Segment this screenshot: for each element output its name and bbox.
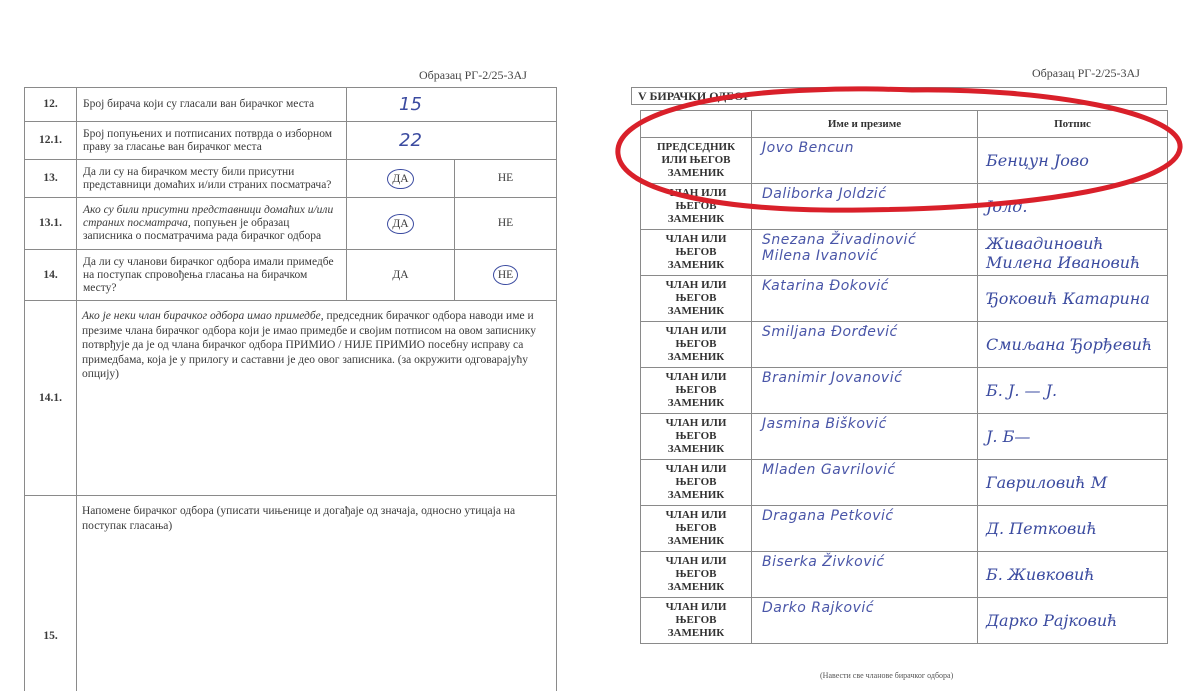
role-line: ЊЕГОВ (641, 476, 751, 489)
role-line: ЧЛАН ИЛИ (641, 509, 751, 522)
role-line: ЊЕГОВ (641, 200, 751, 213)
member-row: ЧЛАН ИЛИЊЕГОВЗАМЕНИКDragana PetkovićД. П… (641, 506, 1168, 552)
table-row: 13. Да ли су на бирачком месту били прис… (25, 160, 557, 198)
role-line: ЗАМЕНИК (641, 213, 751, 226)
table-row: 15. Напомене бирачког одбора (уписати чи… (25, 496, 557, 691)
member-name[interactable]: Biserka Živković (752, 552, 978, 598)
member-signature[interactable]: Ђоковић Катарина (978, 276, 1168, 322)
circled-answer: НЕ (493, 265, 518, 285)
role-line: ЧЛАН ИЛИ (641, 279, 751, 292)
role-line: ЧЛАН ИЛИ (641, 233, 751, 246)
option-yes[interactable]: ДА (347, 160, 455, 198)
handwritten-value[interactable]: 22 (347, 122, 557, 160)
circled-answer: ДА (387, 169, 413, 189)
role-column-header (641, 111, 752, 138)
member-role: ЧЛАН ИЛИЊЕГОВЗАМЕНИК (641, 322, 752, 368)
role-line: ЗАМЕНИК (641, 581, 751, 594)
row-number: 13.1. (25, 198, 77, 250)
member-row: ЧЛАН ИЛИЊЕГОВЗАМЕНИКBranimir JovanovićБ.… (641, 368, 1168, 414)
role-line: ЧЛАН ИЛИ (641, 463, 751, 476)
role-line: ЊЕГОВ (641, 338, 751, 351)
row-question: Број бирача који су гласали ван бирачког… (77, 88, 347, 122)
role-line: ЊЕГОВ (641, 568, 751, 581)
member-signature[interactable]: Бенцун Јово (978, 138, 1168, 184)
table-header-row: Име и презиме Потпис (641, 111, 1168, 138)
footnote: (Навести све чланове бирачког одбора) (820, 671, 953, 680)
signature-column-header: Потпис (978, 111, 1168, 138)
row-number: 12.1. (25, 122, 77, 160)
member-signature[interactable]: Ј. Б— (978, 414, 1168, 460)
role-line: ЊЕГОВ (641, 384, 751, 397)
role-line: ЗАМЕНИК (641, 443, 751, 456)
member-name[interactable]: Daliborka Joldzić (752, 184, 978, 230)
member-name[interactable]: Branimir Jovanović (752, 368, 978, 414)
row-question: Број попуњених и потписаних потврда о из… (77, 122, 347, 160)
member-row: ЧЛАН ИЛИЊЕГОВЗАМЕНИКJasmina BiškovićЈ. Б… (641, 414, 1168, 460)
row-number: 13. (25, 160, 77, 198)
role-line: ЗАМЕНИК (641, 489, 751, 502)
circled-answer: ДА (387, 214, 413, 234)
member-row: ПРЕДСЕДНИКИЛИ ЊЕГОВЗАМЕНИКJovo BencunБен… (641, 138, 1168, 184)
form-code-label: Образац РГ-2/25-3АЈ (419, 68, 527, 83)
table-row: 14. Да ли су чланови бирачког одбора има… (25, 250, 557, 301)
name-column-header: Име и презиме (752, 111, 978, 138)
member-name[interactable]: Katarina Đoković (752, 276, 978, 322)
role-line: ЗАМЕНИК (641, 627, 751, 640)
role-line: ЗАМЕНИК (641, 305, 751, 318)
role-line: ИЛИ ЊЕГОВ (641, 154, 751, 167)
role-line: ЧЛАН ИЛИ (641, 601, 751, 614)
member-signature[interactable]: Д. Петковић (978, 506, 1168, 552)
row-number: 12. (25, 88, 77, 122)
member-name[interactable]: Smiljana Đorđević (752, 322, 978, 368)
table-row: 13.1. Ако су били присутни представници … (25, 198, 557, 250)
role-line: ЗАМЕНИК (641, 259, 751, 272)
member-role: ЧЛАН ИЛИЊЕГОВЗАМЕНИК (641, 276, 752, 322)
member-name[interactable]: Darko Rajković (752, 598, 978, 644)
member-role: ЧЛАН ИЛИЊЕГОВЗАМЕНИК (641, 368, 752, 414)
election-record-table: 12. Број бирача који су гласали ван бира… (24, 87, 557, 691)
role-line: ЧЛАН ИЛИ (641, 555, 751, 568)
member-row: ЧЛАН ИЛИЊЕГОВЗАМЕНИКDarko RajkovićДарко … (641, 598, 1168, 644)
role-line: ЊЕГОВ (641, 614, 751, 627)
member-role: ЧЛАН ИЛИЊЕГОВЗАМЕНИК (641, 506, 752, 552)
row-number: 14.1. (25, 301, 77, 496)
role-line: ЗАМЕНИК (641, 397, 751, 410)
role-line: ЧЛАН ИЛИ (641, 371, 751, 384)
role-line: ЧЛАН ИЛИ (641, 325, 751, 338)
table-row: 12.1. Број попуњених и потписаних потврд… (25, 122, 557, 160)
table-row: 12. Број бирача који су гласали ван бира… (25, 88, 557, 122)
member-signature[interactable]: Гавриловић М (978, 460, 1168, 506)
member-name[interactable]: Snezana Živadinović Milena Ivanović (752, 230, 978, 276)
row-number: 14. (25, 250, 77, 301)
option-no[interactable]: НЕ (455, 250, 557, 301)
row-number: 15. (25, 496, 77, 691)
objections-italic-part: Ако је неки члан бирачког одбора имао пр… (82, 310, 324, 322)
member-role: ЧЛАН ИЛИЊЕГОВЗАМЕНИК (641, 230, 752, 276)
member-role: ЧЛАН ИЛИЊЕГОВЗАМЕНИК (641, 598, 752, 644)
role-line: ЧЛАН ИЛИ (641, 417, 751, 430)
member-name[interactable]: Jovo Bencun (752, 138, 978, 184)
form-code-label: Образац РГ-2/25-3АЈ (1032, 66, 1140, 81)
form-page-right: Образац РГ-2/25-3АЈ V БИРАЧКИ ОДБОР Име … (600, 0, 1200, 691)
row-question: Да ли су на бирачком месту били присутни… (77, 160, 347, 198)
row-question: Да ли су чланови бирачког одбора имали п… (77, 250, 347, 301)
member-signature[interactable]: Јолд. (978, 184, 1168, 230)
member-role: ЧЛАН ИЛИЊЕГОВЗАМЕНИК (641, 184, 752, 230)
role-line: ПРЕДСЕДНИК (641, 141, 751, 154)
form-page-left: Образац РГ-2/25-3АЈ 12. Број бирача који… (0, 0, 600, 691)
member-signature[interactable]: Смиљана Ђорђевић (978, 322, 1168, 368)
role-line: ЗАМЕНИК (641, 535, 751, 548)
option-no[interactable]: НЕ (455, 198, 557, 250)
option-yes[interactable]: ДА (347, 198, 455, 250)
member-row: ЧЛАН ИЛИЊЕГОВЗАМЕНИКDaliborka JoldzićЈол… (641, 184, 1168, 230)
handwritten-value[interactable]: 15 (347, 88, 557, 122)
role-line: ЊЕГОВ (641, 292, 751, 305)
section-title: V БИРАЧКИ ОДБОР (631, 87, 1167, 105)
member-row: ЧЛАН ИЛИЊЕГОВЗАМЕНИКSnezana Živadinović … (641, 230, 1168, 276)
member-row: ЧЛАН ИЛИЊЕГОВЗАМЕНИКBiserka ŽivkovićБ. Ж… (641, 552, 1168, 598)
option-yes[interactable]: ДА (347, 250, 455, 301)
role-line: ЗАМЕНИК (641, 167, 751, 180)
role-line: ЗАМЕНИК (641, 351, 751, 364)
role-line: ЧЛАН ИЛИ (641, 187, 751, 200)
member-role: ЧЛАН ИЛИЊЕГОВЗАМЕНИК (641, 460, 752, 506)
committee-members-table: Име и презиме Потпис ПРЕДСЕДНИКИЛИ ЊЕГОВ… (640, 110, 1168, 644)
member-row: ЧЛАН ИЛИЊЕГОВЗАМЕНИКKatarina ĐokovićЂоко… (641, 276, 1168, 322)
option-no[interactable]: НЕ (455, 160, 557, 198)
member-name[interactable]: Jasmina Bišković (752, 414, 978, 460)
member-signature[interactable]: Дарко Рајковић (978, 598, 1168, 644)
role-line: ЊЕГОВ (641, 246, 751, 259)
member-role: ПРЕДСЕДНИКИЛИ ЊЕГОВЗАМЕНИК (641, 138, 752, 184)
member-name[interactable]: Dragana Petković (752, 506, 978, 552)
objections-text: Ако је неки члан бирачког одбора имао пр… (77, 301, 557, 496)
role-line: ЊЕГОВ (641, 522, 751, 535)
notes-text[interactable]: Напомене бирачког одбора (уписати чињени… (77, 496, 557, 691)
member-role: ЧЛАН ИЛИЊЕГОВЗАМЕНИК (641, 552, 752, 598)
member-signature[interactable]: Б. Живковић (978, 552, 1168, 598)
member-signature[interactable]: Живадиновић Милена Ивановић (978, 230, 1168, 276)
member-signature[interactable]: Б. Ј. — Ј. (978, 368, 1168, 414)
member-name[interactable]: Mladen Gavrilović (752, 460, 978, 506)
member-row: ЧЛАН ИЛИЊЕГОВЗАМЕНИКSmiljana ĐorđevićСми… (641, 322, 1168, 368)
table-row: 14.1. Ако је неки члан бирачког одбора и… (25, 301, 557, 496)
row-question: Ако су били присутни представници домаћи… (77, 198, 347, 250)
member-row: ЧЛАН ИЛИЊЕГОВЗАМЕНИКMladen GavrilovićГав… (641, 460, 1168, 506)
member-role: ЧЛАН ИЛИЊЕГОВЗАМЕНИК (641, 414, 752, 460)
role-line: ЊЕГОВ (641, 430, 751, 443)
